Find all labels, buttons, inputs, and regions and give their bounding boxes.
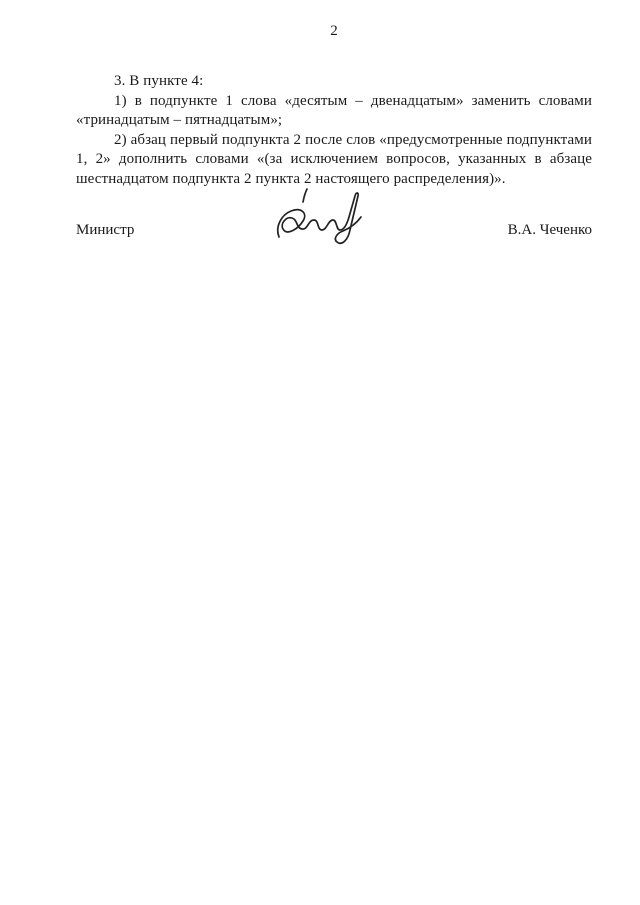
page-number: 2 xyxy=(76,22,592,41)
signatory-title: Министр xyxy=(76,221,134,240)
document-body: 3. В пункте 4: 1) в подпункте 1 слова «д… xyxy=(76,72,592,190)
document-page: 2 3. В пункте 4: 1) в подпункте 1 слова … xyxy=(0,0,640,905)
paragraph-subpoint-1: 1) в подпункте 1 слова «десятым – двенад… xyxy=(76,92,592,131)
paragraph-subpoint-2: 2) абзац первый подпункта 2 после слов «… xyxy=(76,131,592,190)
paragraph-point-3: 3. В пункте 4: xyxy=(76,72,592,92)
handwritten-signature-icon xyxy=(272,186,366,252)
signatory-name: В.А. Чеченко xyxy=(508,221,592,240)
